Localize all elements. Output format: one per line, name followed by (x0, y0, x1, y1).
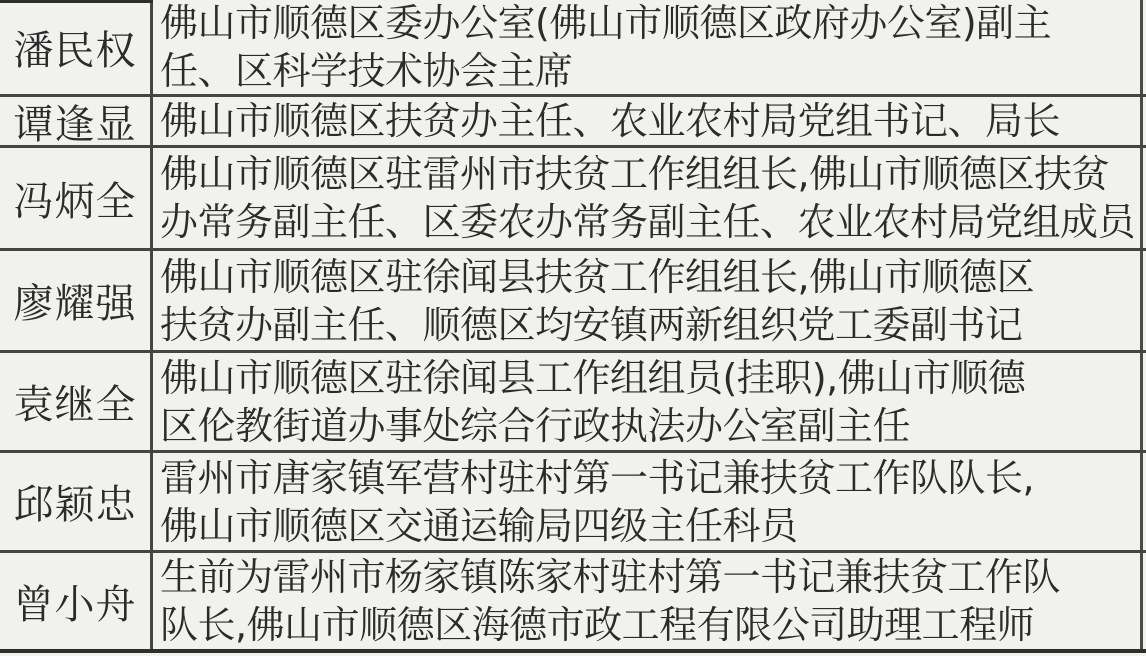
person-position: 生前为雷州市杨家镇陈家村驻村第一书记兼扶贫工作队 队长,佛山市顺德区海德市政工程… (160, 553, 1060, 649)
person-position: 佛山市顺德区扶贫办主任、农业农村局党组书记、局长 (160, 97, 1060, 145)
person-position: 佛山市顺德区驻雷州市扶贫工作组组长,佛山市顺德区扶贫 办常务副主任、区委农办常务… (160, 150, 1135, 246)
position-cell: 佛山市顺德区驻徐闻县扶贫工作组组长,佛山市顺德区 扶贫办副主任、顺德区均安镇两新… (153, 251, 1143, 350)
position-cell: 佛山市顺德区驻雷州市扶贫工作组组长,佛山市顺德区扶贫 办常务副主任、区委农办常务… (153, 148, 1143, 248)
person-name: 袁继全 (14, 373, 137, 430)
name-cell: 潘民权 (0, 0, 153, 94)
table-top-border (0, 0, 153, 3)
name-cell: 曾小舟 (0, 553, 153, 649)
position-cell: 生前为雷州市杨家镇陈家村驻村第一书记兼扶贫工作队 队长,佛山市顺德区海德市政工程… (153, 553, 1143, 649)
table-row: 潘民权 佛山市顺德区委办公室(佛山市顺德区政府办公室)副主 任、区科学技术协会主… (0, 0, 1146, 97)
position-cell: 雷州市唐家镇军营村驻村第一书记兼扶贫工作队队长, 佛山市顺德区交通运输局四级主任… (153, 453, 1143, 550)
table-row: 袁继全 佛山市顺德区驻徐闻县工作组组员(挂职),佛山市顺德 区伦教街道办事处综合… (0, 353, 1146, 453)
name-cell: 谭逢显 (0, 97, 153, 145)
table-row: 冯炳全 佛山市顺德区驻雷州市扶贫工作组组长,佛山市顺德区扶贫 办常务副主任、区委… (0, 148, 1146, 251)
name-cell: 袁继全 (0, 353, 153, 450)
table-row: 邱颖忠 雷州市唐家镇军营村驻村第一书记兼扶贫工作队队长, 佛山市顺德区交通运输局… (0, 453, 1146, 553)
person-position: 佛山市顺德区驻徐闻县扶贫工作组组长,佛山市顺德区 扶贫办副主任、顺德区均安镇两新… (160, 253, 1034, 349)
position-cell: 佛山市顺德区驻徐闻县工作组组员(挂职),佛山市顺德 区伦教街道办事处综合行政执法… (153, 353, 1143, 450)
person-name: 邱颖忠 (14, 473, 137, 530)
table-row: 曾小舟 生前为雷州市杨家镇陈家村驻村第一书记兼扶贫工作队 队长,佛山市顺德区海德… (0, 553, 1146, 653)
person-name: 冯炳全 (14, 170, 137, 227)
name-cell: 邱颖忠 (0, 453, 153, 550)
table-row: 廖耀强 佛山市顺德区驻徐闻县扶贫工作组组长,佛山市顺德区 扶贫办副主任、顺德区均… (0, 251, 1146, 353)
person-name: 潘民权 (14, 19, 137, 76)
person-position: 雷州市唐家镇军营村驻村第一书记兼扶贫工作队队长, 佛山市顺德区交通运输局四级主任… (160, 454, 1034, 550)
position-cell: 佛山市顺德区扶贫办主任、农业农村局党组书记、局长 (153, 97, 1143, 145)
table-row: 谭逢显 佛山市顺德区扶贫办主任、农业农村局党组书记、局长 (0, 97, 1146, 148)
name-cell: 廖耀强 (0, 251, 153, 350)
person-name: 廖耀强 (14, 272, 137, 329)
person-name: 曾小舟 (14, 573, 137, 630)
person-name: 谭逢显 (14, 93, 137, 150)
person-position: 佛山市顺德区委办公室(佛山市顺德区政府办公室)副主 任、区科学技术协会主席 (160, 0, 1051, 94)
person-position: 佛山市顺德区驻徐闻县工作组组员(挂职),佛山市顺德 区伦教街道办事处综合行政执法… (160, 354, 1025, 450)
position-cell: 佛山市顺德区委办公室(佛山市顺德区政府办公室)副主 任、区科学技术协会主席 (153, 0, 1143, 94)
officials-table: 潘民权 佛山市顺德区委办公室(佛山市顺德区政府办公室)副主 任、区科学技术协会主… (0, 0, 1146, 656)
name-cell: 冯炳全 (0, 148, 153, 248)
